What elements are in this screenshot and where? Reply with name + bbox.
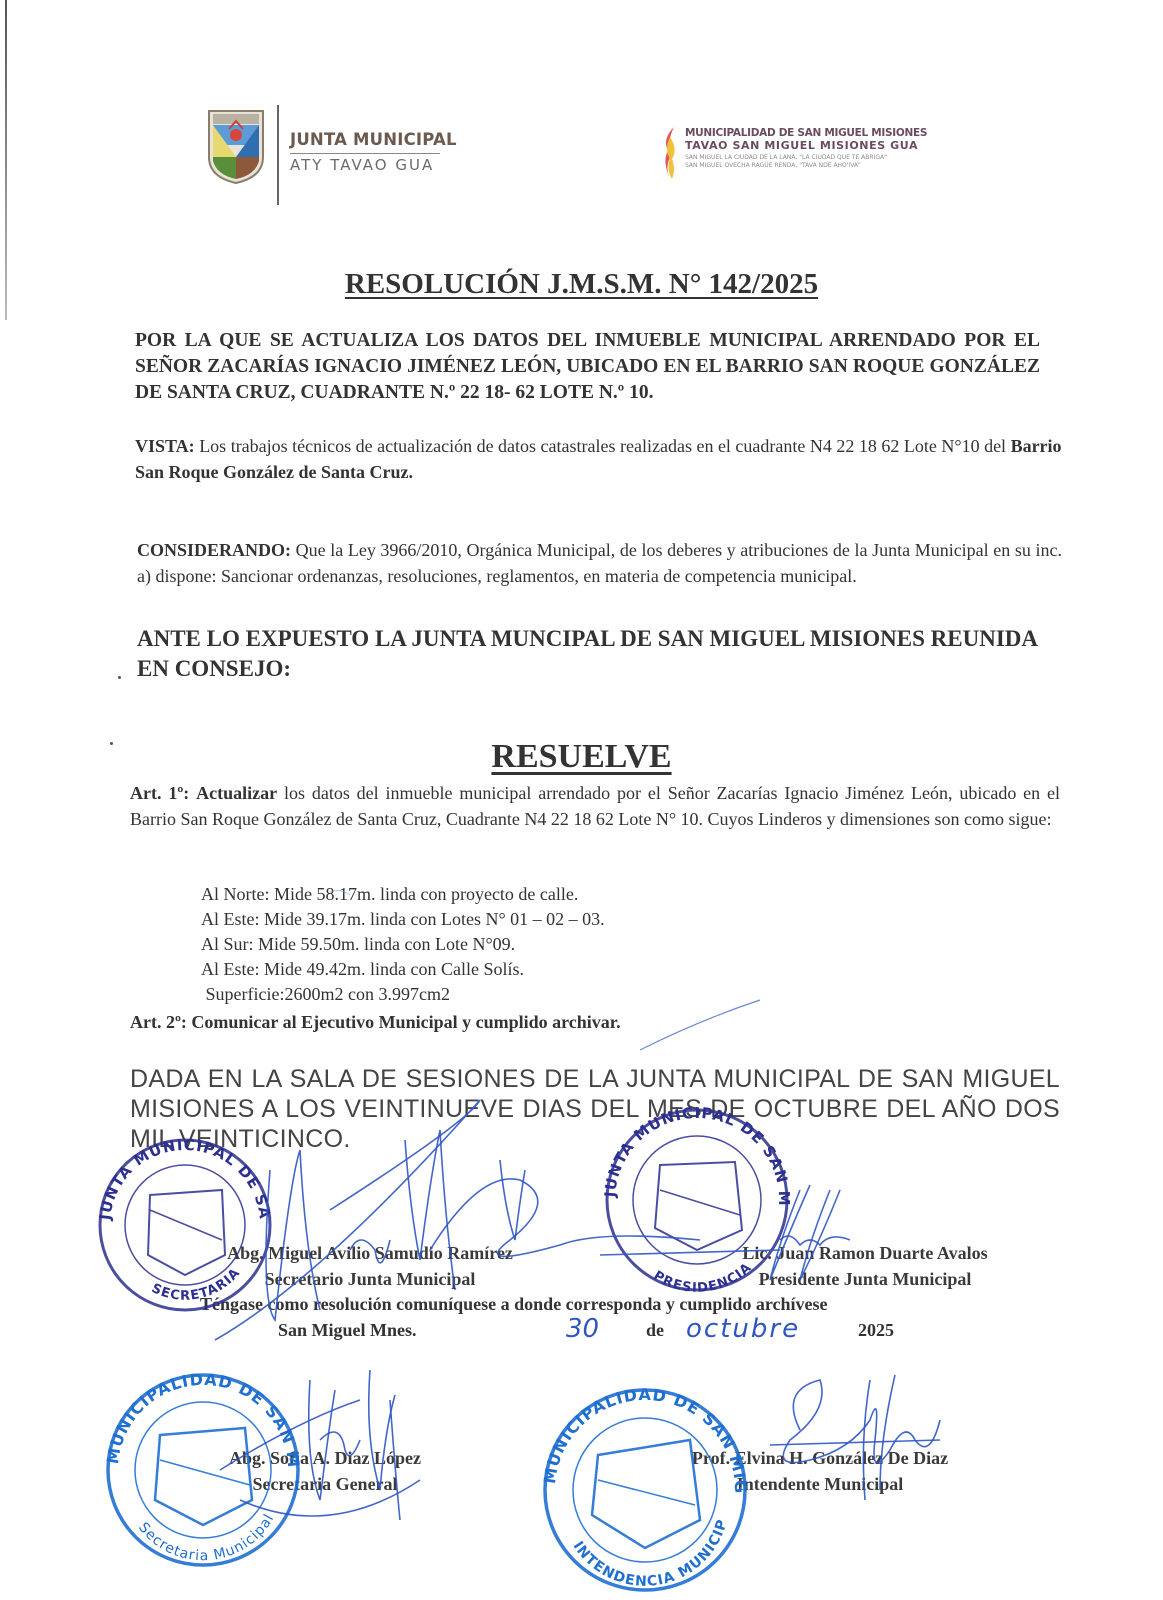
signature-presidente: Lic. Juan Ramon Duarte Avalos Presidente… — [700, 1240, 1030, 1292]
date-de: de — [646, 1320, 664, 1341]
municipalidad-guarani-name: TAVAO SAN MIGUEL MISIONES GUA — [685, 139, 918, 152]
municipalidad-name: MUNICIPALIDAD DE SAN MIGUEL MISIONES — [685, 127, 927, 139]
secretario-role: Secretario Junta Municipal — [195, 1266, 545, 1292]
svg-text:Secretaria Municipal: Secretaria Municipal — [135, 1511, 278, 1564]
superficie: Superficie:2600m2 con 3.997cm2 — [201, 982, 605, 1007]
resolution-subject: POR LA QUE SE ACTUALIZA LOS DATOS DEL IN… — [135, 328, 1040, 406]
junta-title: JUNTA MUNICIPAL — [290, 130, 457, 149]
vista-text: Los trabajos técnicos de actualización d… — [195, 436, 1011, 456]
lindero-item: Al Este: Mide 49.42m. linda con Calle So… — [201, 957, 605, 982]
municipalidad-slogan-2: SAN MIGUEL OVECHA RAGÜE RENDA, "TAVA NDE… — [685, 162, 861, 169]
secretario-name: Abg. Miguel Avilio Samudio Ramírez — [195, 1240, 545, 1266]
flame-logo-icon — [660, 125, 680, 180]
date-day-handwritten: 30 — [566, 1314, 599, 1344]
dada-en-la-sala: DADA EN LA SALA DE SESIONES DE LA JUNTA … — [130, 1064, 1060, 1154]
linderos-list: Al Norte: Mide 58.17m. linda con proyect… — [201, 882, 605, 1007]
junta-municipal-header: JUNTA MUNICIPAL ATY TAVAO GUA — [205, 105, 465, 195]
date-month-handwritten: octubre — [686, 1314, 800, 1344]
article-2-text: Art. 2º: Comunicar al Ejecutivo Municipa… — [130, 1012, 621, 1032]
header-divider — [277, 105, 279, 205]
intendente-name: Prof. Elvina H. González De Diaz — [655, 1445, 985, 1471]
ante-lo-expuesto: ANTE LO EXPUESTO LA JUNTA MUNCIPAL DE SA… — [137, 624, 1062, 684]
lindero-item: Al Norte: Mide 58.17m. linda con proyect… — [201, 882, 605, 907]
municipalidad-header: MUNICIPALIDAD DE SAN MIGUEL MISIONES TAV… — [660, 125, 960, 185]
considerando-paragraph: CONSIDERANDO: Que la Ley 3966/2010, Orgá… — [137, 537, 1062, 589]
resolution-title-text: RESOLUCIÓN J.M.S.M. N° 142/2025 — [345, 268, 818, 300]
vista-label: VISTA: — [135, 436, 195, 456]
junta-crest-icon — [205, 105, 267, 185]
presidente-role: Presidente Junta Municipal — [700, 1266, 1030, 1292]
secretaria-general-name: Abg. Sofia A. Diaz López — [195, 1445, 455, 1471]
signature-secretario: Abg. Miguel Avilio Samudio Ramírez Secre… — [195, 1240, 545, 1292]
municipalidad-slogan-1: SAN MIGUEL LA CIUDAD DE LA LANA, "LA CIU… — [685, 154, 887, 161]
article-1-verb: Actualizar — [196, 783, 277, 803]
junta-title-rule — [290, 153, 440, 154]
resuelve-text: RESUELVE — [491, 738, 671, 775]
scanned-document-page: JUNTA MUNICIPAL ATY TAVAO GUA MUNICIPALI… — [0, 0, 1163, 1600]
stray-pen-stroke — [640, 1000, 760, 1050]
signature-secretaria-general: Abg. Sofia A. Diaz López Secretaria Gene… — [195, 1445, 455, 1497]
lindero-item: Al Sur: Mide 59.50m. linda con Lote N°09… — [201, 932, 605, 957]
junta-subtitle: ATY TAVAO GUA — [290, 156, 434, 174]
article-1-label: Art. 1º: — [130, 783, 189, 803]
intendente-role: Intendente Municipal — [655, 1471, 985, 1497]
article-2: Art. 2º: Comunicar al Ejecutivo Municipa… — [130, 1012, 621, 1033]
resolution-title: RESOLUCIÓN J.M.S.M. N° 142/2025 — [0, 268, 1163, 301]
date-place: San Miguel Mnes. — [278, 1320, 417, 1341]
signature-intendente: Prof. Elvina H. González De Diaz Intende… — [655, 1445, 985, 1497]
resuelve-heading: RESUELVE — [0, 738, 1163, 776]
presidente-name: Lic. Juan Ramon Duarte Avalos — [700, 1240, 1030, 1266]
secretaria-general-role: Secretaria General — [195, 1471, 455, 1497]
date-year: 2025 — [858, 1320, 894, 1341]
article-1: Art. 1º: Actualizar los datos del inmueb… — [130, 780, 1060, 832]
considerando-label: CONSIDERANDO: — [137, 540, 291, 560]
tengase-line: Téngase como resolución comuníquese a do… — [200, 1294, 828, 1315]
scan-speck — [118, 676, 121, 679]
vista-paragraph: VISTA: Los trabajos técnicos de actualiz… — [135, 433, 1065, 485]
lindero-item: Al Este: Mide 39.17m. linda con Lotes N°… — [201, 907, 605, 932]
date-line: San Miguel Mnes. 30 de octubre 2025 — [278, 1320, 928, 1350]
